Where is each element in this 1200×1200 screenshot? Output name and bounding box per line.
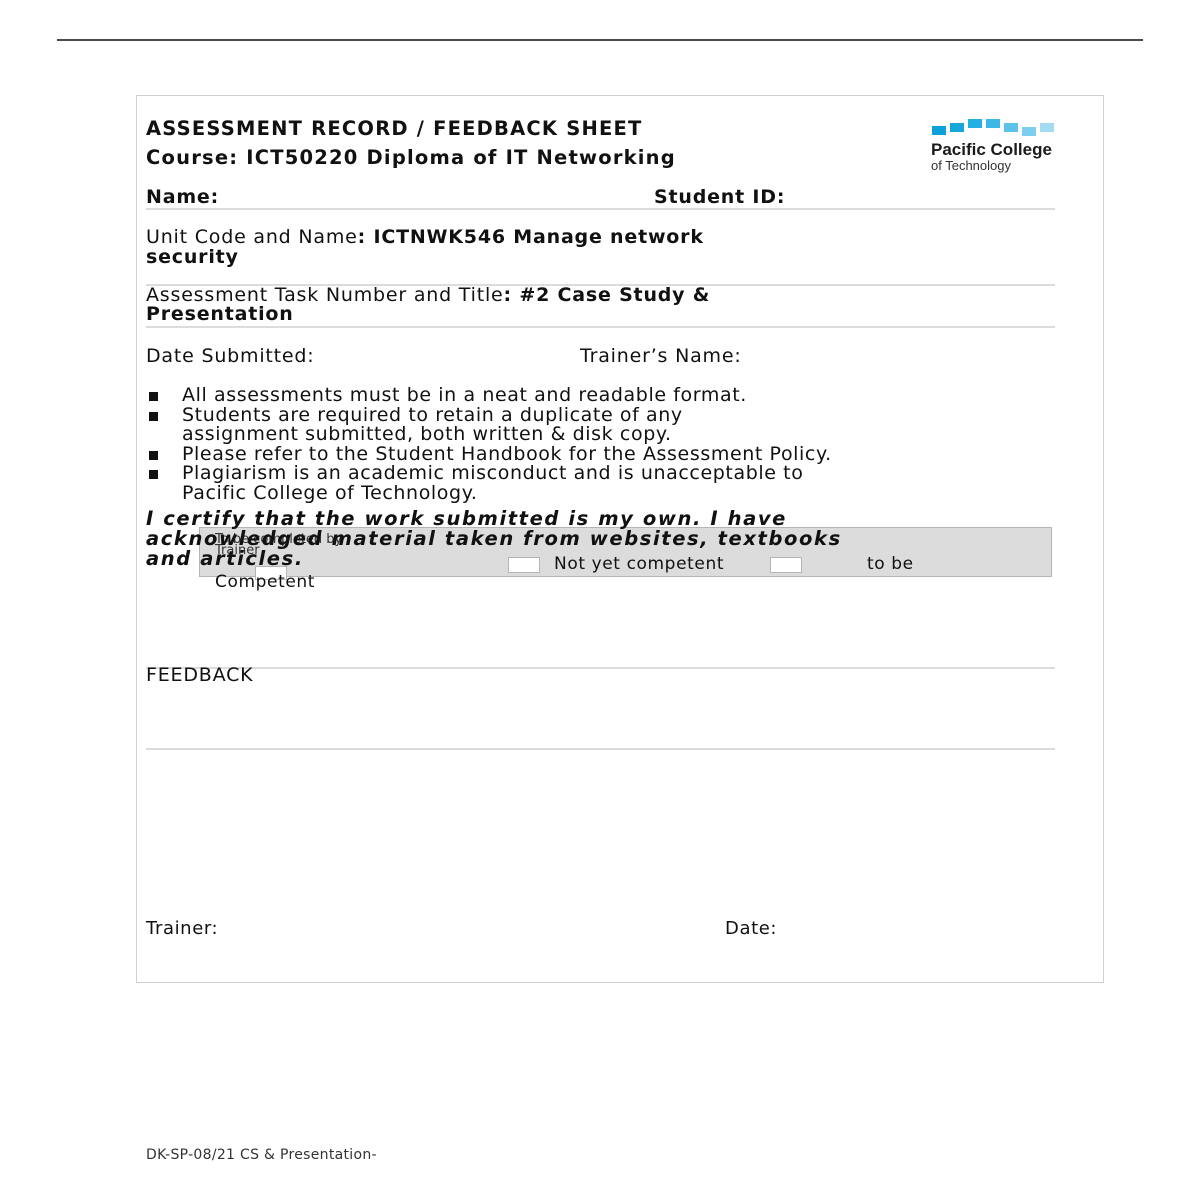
course-line: Course: ICT50220 Diploma of IT Networkin…: [146, 146, 676, 169]
logo-name: Pacific College: [931, 140, 1052, 160]
bullet-square-icon: [149, 392, 158, 401]
bullet-square-icon: [149, 412, 158, 421]
header-rule: [57, 39, 1143, 41]
logo-bars-icon: [932, 118, 1062, 138]
certification-statement: I certify that the work submitted is my …: [146, 509, 842, 569]
feedback-label: FEEDBACK: [146, 664, 253, 686]
divider: [146, 748, 1055, 750]
divider: [146, 326, 1055, 328]
feedback-area[interactable]: [146, 752, 1055, 902]
logo-subtitle: of Technology: [931, 158, 1011, 173]
rule-item: Plagiarism is an academic misconduct and…: [146, 464, 832, 503]
student-id-label: Student ID:: [654, 186, 785, 208]
college-logo: Pacific College of Technology: [930, 118, 1100, 178]
to-be-label: to be: [867, 554, 914, 574]
unit-value: : ICTNWK546 Manage network: [358, 226, 704, 248]
bullet-square-icon: [149, 470, 158, 479]
competent-label: Competent: [215, 572, 315, 592]
document-code: DK-SP-08/21 CS & Presentation-: [146, 1147, 377, 1163]
rule-item: All assessments must be in a neat and re…: [146, 386, 832, 406]
trainer-name-label: Trainer’s Name:: [580, 345, 742, 367]
unit-value-cont: security: [146, 246, 239, 268]
divider: [146, 667, 1055, 669]
divider: [146, 208, 1055, 210]
trainer-signoff-label: Trainer:: [146, 918, 218, 939]
task-value: : #2 Case Study &: [504, 284, 711, 306]
bullet-square-icon: [149, 451, 158, 460]
rule-item: Students are required to retain a duplic…: [146, 406, 832, 445]
task-value-cont: Presentation: [146, 303, 294, 325]
unit-line: Unit Code and Name: ICTNWK546 Manage net…: [146, 226, 704, 248]
course-value: ICT50220 Diploma of IT Networking: [246, 146, 676, 169]
name-label: Name:: [146, 186, 219, 208]
date-signoff-label: Date:: [725, 918, 777, 939]
document-title: ASSESSMENT RECORD / FEEDBACK SHEET: [146, 117, 643, 140]
course-label: Course:: [146, 146, 238, 169]
rules-list: All assessments must be in a neat and re…: [146, 386, 832, 503]
date-submitted-label: Date Submitted:: [146, 345, 314, 367]
unit-label: Unit Code and Name: [146, 226, 358, 248]
